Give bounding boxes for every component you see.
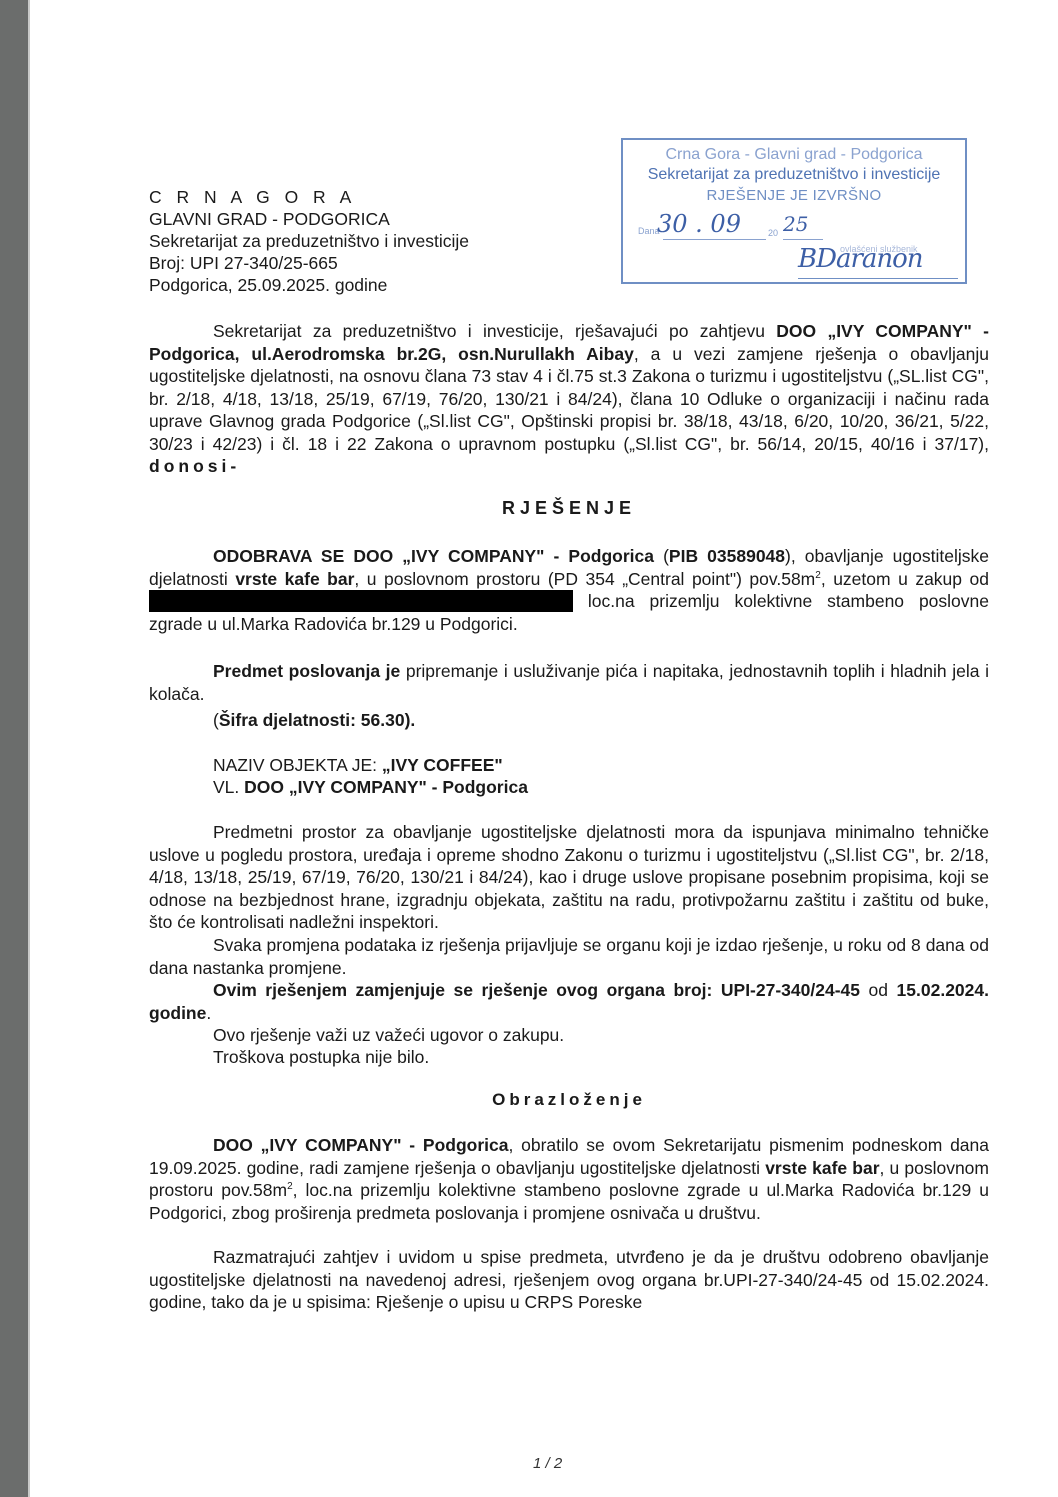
header-city: GLAVNI GRAD - PODGORICA — [149, 208, 469, 230]
intro-donosi: donosi- — [149, 456, 240, 476]
intro-paragraph: Sekretarijat za preduzetništvo i investi… — [149, 320, 989, 478]
replaces-paragraph: Ovim rješenjem zamjenjuje se rješenje ov… — [149, 979, 989, 1024]
document-header: C R N A G O R A GLAVNI GRAD - PODGORICA … — [149, 186, 469, 296]
stamp-line-3: RJEŠENJE JE IZVRŠNO — [623, 187, 965, 204]
signature: BDaranon — [798, 244, 923, 274]
reasoning-activity-type: vrste kafe bar — [765, 1158, 879, 1178]
replaces-label: Ovim rješenjem zamjenjuje se rješenje ov… — [213, 980, 707, 1000]
stamp-year-prefix: 20 — [768, 228, 778, 238]
location-text-b: , uzetom u zakup od — [821, 569, 989, 589]
business-subject-paragraph: Predmet poslovanja je pripremanje i uslu… — [149, 660, 989, 705]
object-name-label: NAZIV OBJEKTA JE: — [213, 755, 382, 775]
header-country: C R N A G O R A — [149, 186, 469, 208]
activity-code-label: Šifra djelatnosti — [219, 710, 350, 730]
stamp-line-2: Sekretarijat za preduzetništvo i investi… — [623, 166, 965, 184]
activity-code-value: : 56.30). — [350, 710, 415, 730]
replaces-end: . — [206, 1003, 211, 1023]
enforceability-stamp: Crna Gora - Glavni grad - Podgorica Sekr… — [621, 138, 967, 284]
object-name-value: „IVY COFFEE" — [382, 755, 503, 775]
costs-line: Troškova postupka nije bilo. — [213, 1046, 913, 1069]
reasoning-paragraph-1: DOO „IVY COMPANY" - Podgorica, obratilo … — [149, 1134, 989, 1224]
approval-paragraph: ODOBRAVA SE DOO „IVY COMPANY" - Podgoric… — [149, 545, 989, 635]
stamp-date-value: 30 . 09 — [657, 210, 741, 238]
reasoning-title: Obrazloženje — [149, 1090, 989, 1110]
scan-edge — [0, 0, 28, 1497]
stamp-year-value: 25 — [783, 212, 808, 236]
signature-line — [798, 278, 958, 279]
conditions-paragraph: Predmetni prostor za obavljanje ugostite… — [149, 821, 989, 934]
pib-number: PIB 03589048 — [669, 546, 785, 566]
object-owner: VL. DOO „IVY COMPANY" - Podgorica — [213, 776, 913, 799]
replaced-decision-number: : UPI-27-340/24-45 — [707, 980, 860, 1000]
intro-text-1: Sekretarijat za preduzetništvo i investi… — [213, 321, 776, 341]
document-page: Crna Gora - Glavni grad - Podgorica Sekr… — [28, 0, 1058, 1497]
owner-value: DOO „IVY COMPANY" - Podgorica — [244, 777, 528, 797]
location-text-a: , u poslovnom prostoru (PD 354 „Central … — [354, 569, 815, 589]
header-department: Sekretarijat za preduzetništvo i investi… — [149, 230, 469, 252]
replaces-od: od — [860, 980, 897, 1000]
validity-line: Ovo rješenje važi uz važeći ugovor o zak… — [213, 1024, 913, 1047]
activity-code: (Šifra djelatnosti: 56.30). — [213, 709, 913, 732]
change-notice-paragraph: Svaka promjena podataka iz rješenja prij… — [149, 934, 989, 979]
header-place-date: Podgorica, 25.09.2025. godine — [149, 274, 469, 296]
redacted-block — [149, 590, 573, 612]
subject-label: Predmet poslovanja je — [213, 661, 400, 681]
page-number: 1 / 2 — [533, 1455, 562, 1472]
decision-title: RJEŠENJE — [149, 498, 989, 519]
pib-open: ( — [654, 546, 669, 566]
reasoning-company: DOO „IVY COMPANY" - Podgorica — [213, 1135, 508, 1155]
header-number: Broj: UPI 27-340/25-665 — [149, 252, 469, 274]
stamp-date-line — [663, 239, 766, 240]
owner-label: VL. — [213, 777, 244, 797]
approval-company: ODOBRAVA SE DOO „IVY COMPANY" - Podgoric… — [213, 546, 654, 566]
reasoning-paragraph-2: Razmatrajući zahtjev i uvidom u spise pr… — [149, 1246, 989, 1314]
stamp-line-1: Crna Gora - Glavni grad - Podgorica — [623, 146, 965, 164]
object-name: NAZIV OBJEKTA JE: „IVY COFFEE" — [213, 754, 913, 777]
activity-type: vrste kafe bar — [235, 569, 354, 589]
stamp-year-line — [783, 239, 823, 240]
